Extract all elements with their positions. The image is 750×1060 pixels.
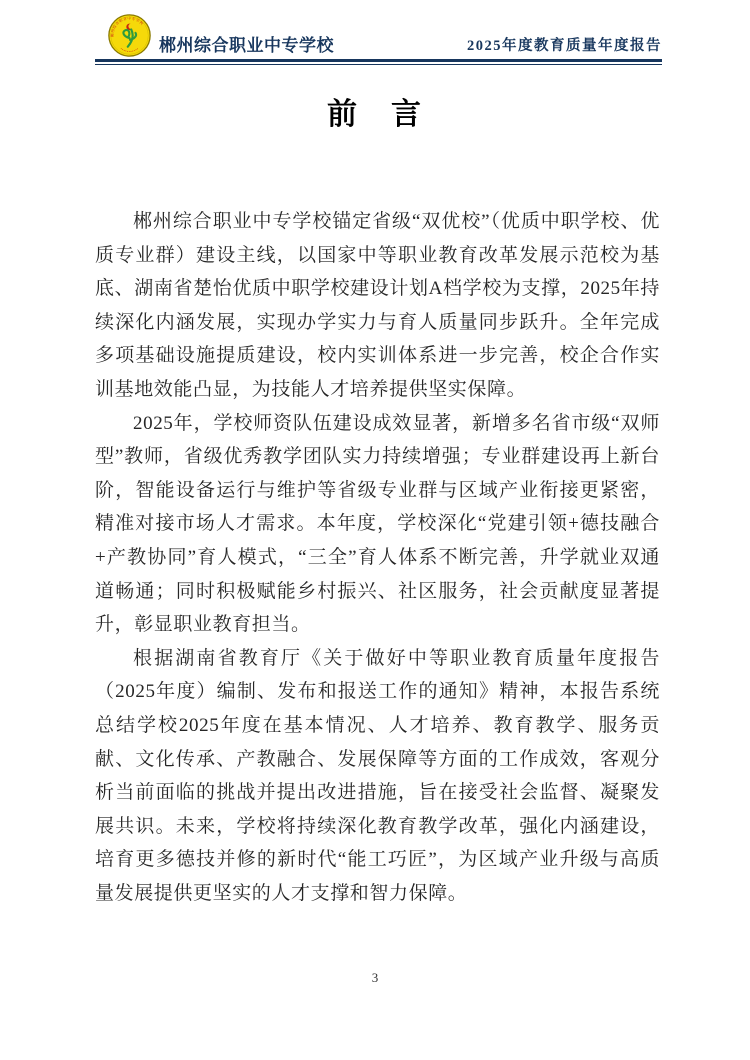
document-page: 郴州综合职业中专学校 郴州综合职业中专学校 2025年度教育质量年度报告	[0, 0, 750, 1060]
school-logo-icon: 郴州综合职业中专学校	[108, 14, 151, 57]
document-body: 郴州综合职业中专学校锚定省级“双优校”（优质中职学校、优质专业群）建设主线，以国…	[95, 205, 660, 910]
paragraph-1: 郴州综合职业中专学校锚定省级“双优校”（优质中职学校、优质专业群）建设主线，以国…	[95, 205, 660, 407]
page-title: 前 言	[0, 95, 750, 135]
header-double-rule	[95, 59, 662, 65]
paragraph-3: 根据湖南省教育厅《关于做好中等职业教育质量年度报告（2025年度）编制、发布和报…	[95, 642, 660, 911]
paragraph-2: 2025年，学校师资队伍建设成效显著，新增多名省市级“双师型”教师，省级优秀教学…	[95, 407, 660, 642]
header-school-name: 郴州综合职业中专学校	[159, 31, 334, 57]
header-row: 郴州综合职业中专学校 郴州综合职业中专学校 2025年度教育质量年度报告	[95, 14, 662, 57]
page-header: 郴州综合职业中专学校 郴州综合职业中专学校 2025年度教育质量年度报告	[0, 14, 750, 65]
header-report-title: 2025年度教育质量年度报告	[467, 34, 662, 57]
page-number: 3	[0, 970, 750, 986]
